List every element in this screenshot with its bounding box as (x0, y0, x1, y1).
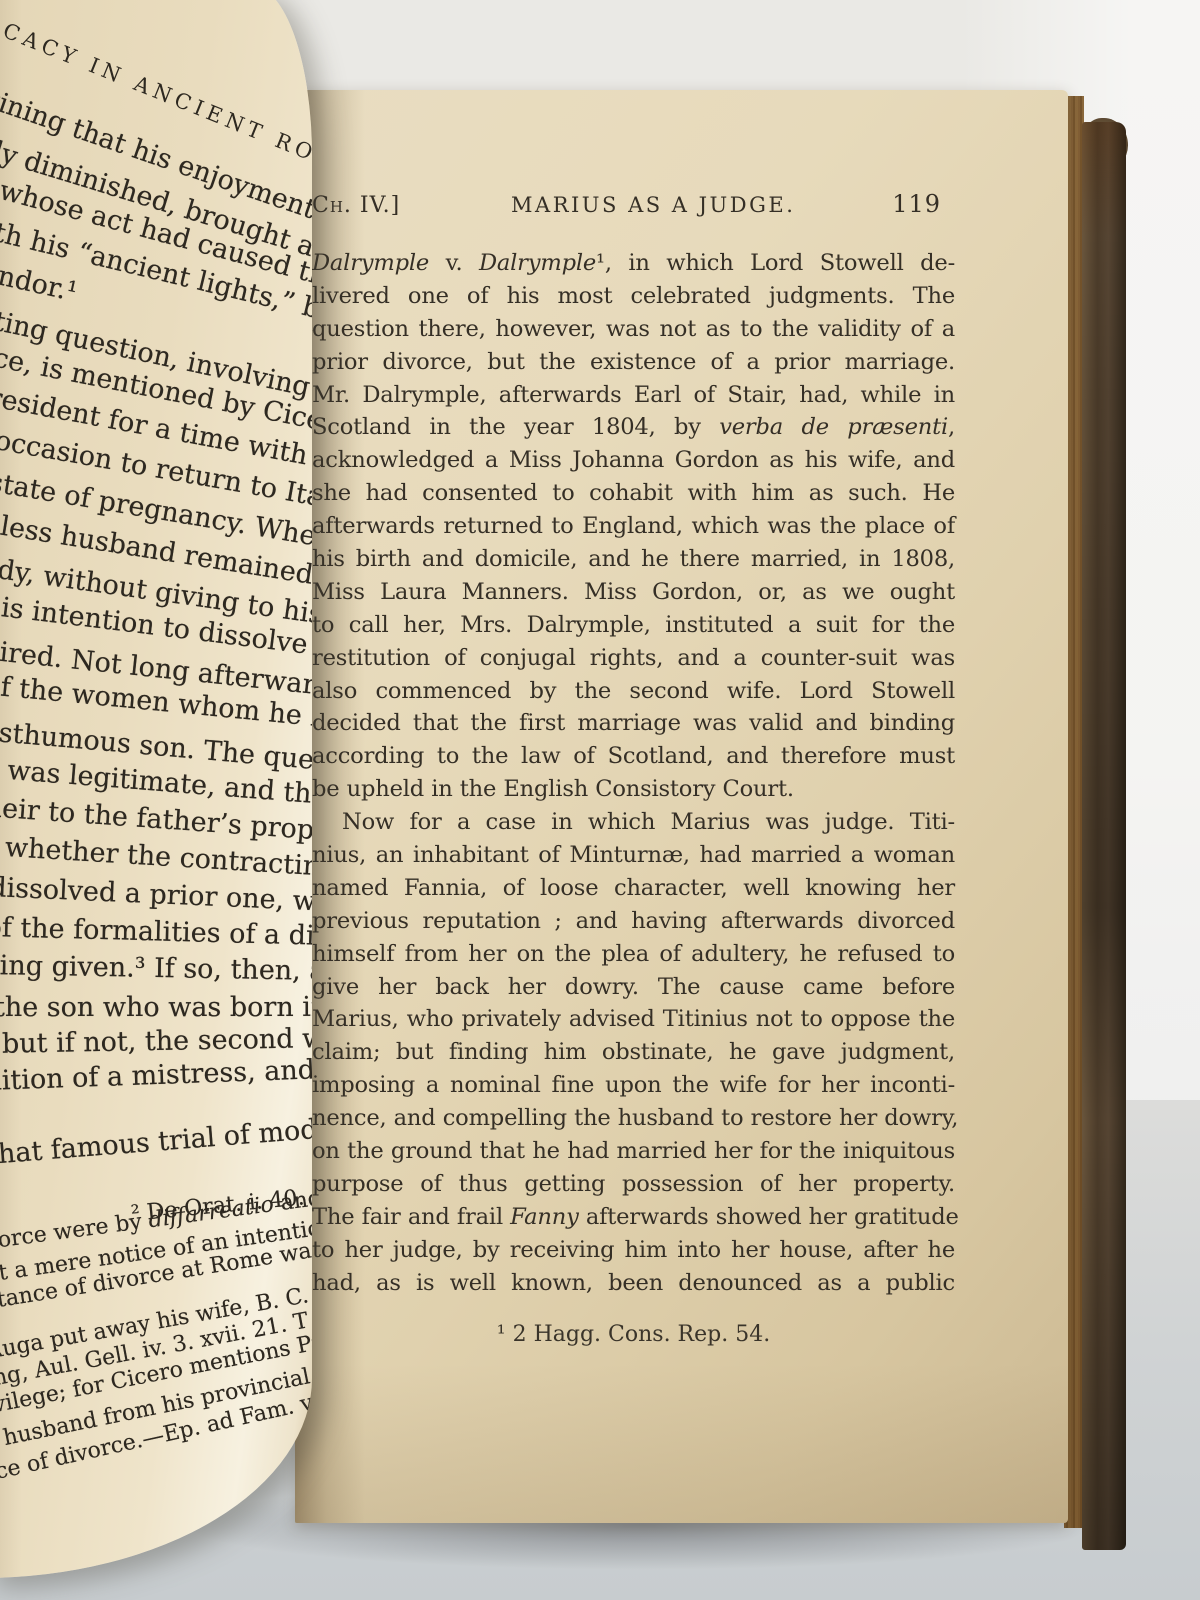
body-line: livered one of his most celebrated judgm… (312, 283, 955, 316)
body-line: The fair and frail Fanny afterwards show… (312, 1204, 955, 1237)
body-line: purpose of thus getting possession of he… (312, 1171, 955, 1204)
body-line: decided that the first marriage was vali… (312, 710, 955, 743)
left-page: OCACY IN ANCIENT ROME. gining that his e… (0, 0, 312, 1578)
body-line: Scotland in the year 1804, by verba de p… (312, 414, 955, 447)
body-line: prior divorce, but the existence of a pr… (312, 349, 955, 382)
body-line: previous reputation ; and having afterwa… (312, 908, 955, 941)
body-line: himself from her on the plea of adultery… (312, 941, 955, 974)
body-line: give her back her dowry. The cause came … (312, 974, 955, 1007)
body-line: also commenced by the second wife. Lord … (312, 678, 955, 711)
book-photo: Ch. IV.] MARIUS AS A JUDGE. 119 Dalrympl… (0, 0, 1200, 1600)
body-line: be upheld in the English Consistory Cour… (312, 776, 955, 809)
body-line: to her judge, by receiving him into her … (312, 1237, 955, 1270)
body-line: on the ground that he had married her fo… (312, 1138, 955, 1171)
left-page-line: the son who was born in (0, 992, 312, 1023)
body-line: Miss Laura Manners. Miss Gordon, or, as … (312, 579, 955, 612)
right-page-content: Ch. IV.] MARIUS AS A JUDGE. 119 Dalrympl… (312, 90, 955, 1523)
body-line: question there, however, was not as to t… (312, 316, 955, 349)
leather-binding (1082, 122, 1126, 1550)
body-line: his birth and domicile, and he there mar… (312, 546, 955, 579)
body-line: claim; but finding him obstinate, he gav… (312, 1039, 955, 1072)
body-line: restitution of conjugal rights, and a co… (312, 645, 955, 678)
body-line: imposing a nominal fine upon the wife fo… (312, 1072, 955, 1105)
footnote: ¹ 2 Hagg. Cons. Rep. 54. (312, 1322, 955, 1347)
body-line: acknowledged a Miss Johanna Gordon as hi… (312, 447, 955, 480)
body-line: afterwards returned to England, which wa… (312, 513, 955, 546)
body-line: to call her, Mrs. Dalrymple, instituted … (312, 612, 955, 645)
body-line: nence, and compelling the husband to res… (312, 1105, 955, 1138)
body-line: according to the law of Scotland, and th… (312, 743, 955, 776)
page-title: MARIUS AS A JUDGE. (400, 193, 892, 217)
body-line: nius, an inhabitant of Minturnæ, had mar… (312, 842, 955, 875)
left-page-line: eing given.³ If so, then, acco (0, 950, 312, 988)
body-line: Dalrymple v. Dalrymple¹, in which Lord S… (312, 250, 955, 283)
left-page-line: ; but if not, the second wif (0, 1023, 312, 1060)
right-page-body: Dalrymple v. Dalrymple¹, in which Lord S… (312, 250, 955, 1303)
body-line: had, as is well known, been denounced as… (312, 1270, 955, 1303)
body-line: Mr. Dalrymple, afterwards Earl of Stair,… (312, 382, 955, 415)
body-line: Now for a case in which Marius was judge… (312, 809, 955, 842)
chapter-label: Ch. IV.] (312, 193, 400, 218)
body-line: named Fannia, of loose character, well k… (312, 875, 955, 908)
body-line: Marius, who privately advised Titinius n… (312, 1006, 955, 1039)
right-page: Ch. IV.] MARIUS AS A JUDGE. 119 Dalrympl… (295, 90, 1068, 1523)
running-header: Ch. IV.] MARIUS AS A JUDGE. 119 (312, 190, 955, 218)
page-number: 119 (892, 190, 955, 218)
body-line: she had consented to cohabit with him as… (312, 480, 955, 513)
